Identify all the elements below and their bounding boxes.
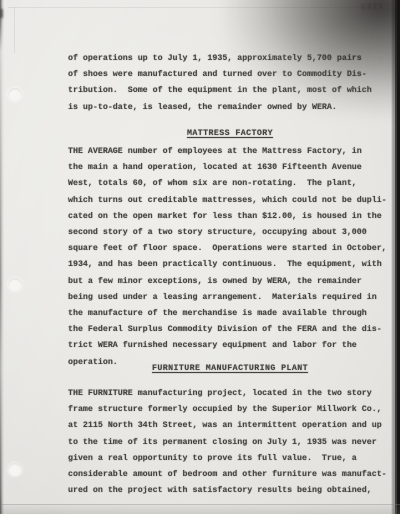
text-line: frame structure formerly occupied by the… <box>68 402 392 418</box>
paragraph-mattress-factory: THE AVERAGE number of employees at the M… <box>68 144 392 371</box>
text-line: but a few minor exceptions, is owned by … <box>68 274 392 290</box>
punch-hole <box>8 463 22 476</box>
text-line: which turns out creditable mattresses, w… <box>68 193 392 209</box>
text-line: THE AVERAGE number of employees at the M… <box>68 144 392 160</box>
paper-crease-line <box>14 7 15 53</box>
text-line: square feet of floor space. Operations w… <box>68 241 392 257</box>
text-line: the manufacture of the merchandise is ma… <box>68 306 392 322</box>
scan-edge-right <box>391 0 400 514</box>
text-line: trict WERA furnished necessary equipment… <box>68 338 392 354</box>
text-line: cated on the open market for less than $… <box>68 209 392 225</box>
text-line: to the time of its permanent closing on … <box>68 435 392 451</box>
text-line: at 2115 North 34th Street, was an interm… <box>68 418 392 434</box>
text-line: West, totals 60, of whom six are non-rot… <box>68 176 392 192</box>
scan-edge-left <box>0 0 4 514</box>
scan-corner-shadow <box>225 0 400 115</box>
scanned-document-page: 5321 of operations up to July 1, 1935, a… <box>0 0 400 514</box>
scan-bottom-shadow <box>0 504 400 514</box>
text-line: given a real opportunity to prove its fu… <box>68 451 392 467</box>
text-line: 1934, and has been practically continuou… <box>68 257 392 273</box>
heading-mattress-factory: MATTRESS FACTORY <box>68 129 392 138</box>
text-line: considerable amount of bedroom and other… <box>68 467 392 483</box>
text-line: second story of a two story structure, o… <box>68 225 392 241</box>
heading-furniture-plant: FURNITURE MANUFACTURING PLANT <box>68 364 392 373</box>
text-line: being used under a leasing arrangement. … <box>68 290 392 306</box>
punch-hole <box>8 278 22 291</box>
paragraph-furniture-plant: THE FURNITURE manufacturing project, loc… <box>68 386 392 499</box>
text-line: the Federal Surplus Commodity Division o… <box>68 322 392 338</box>
punch-hole <box>8 88 22 101</box>
text-line: the main a hand operation, located at 16… <box>68 160 392 176</box>
text-line: ured on the project with satisfactory re… <box>68 483 392 499</box>
text-line: THE FURNITURE manufacturing project, loc… <box>68 386 392 402</box>
